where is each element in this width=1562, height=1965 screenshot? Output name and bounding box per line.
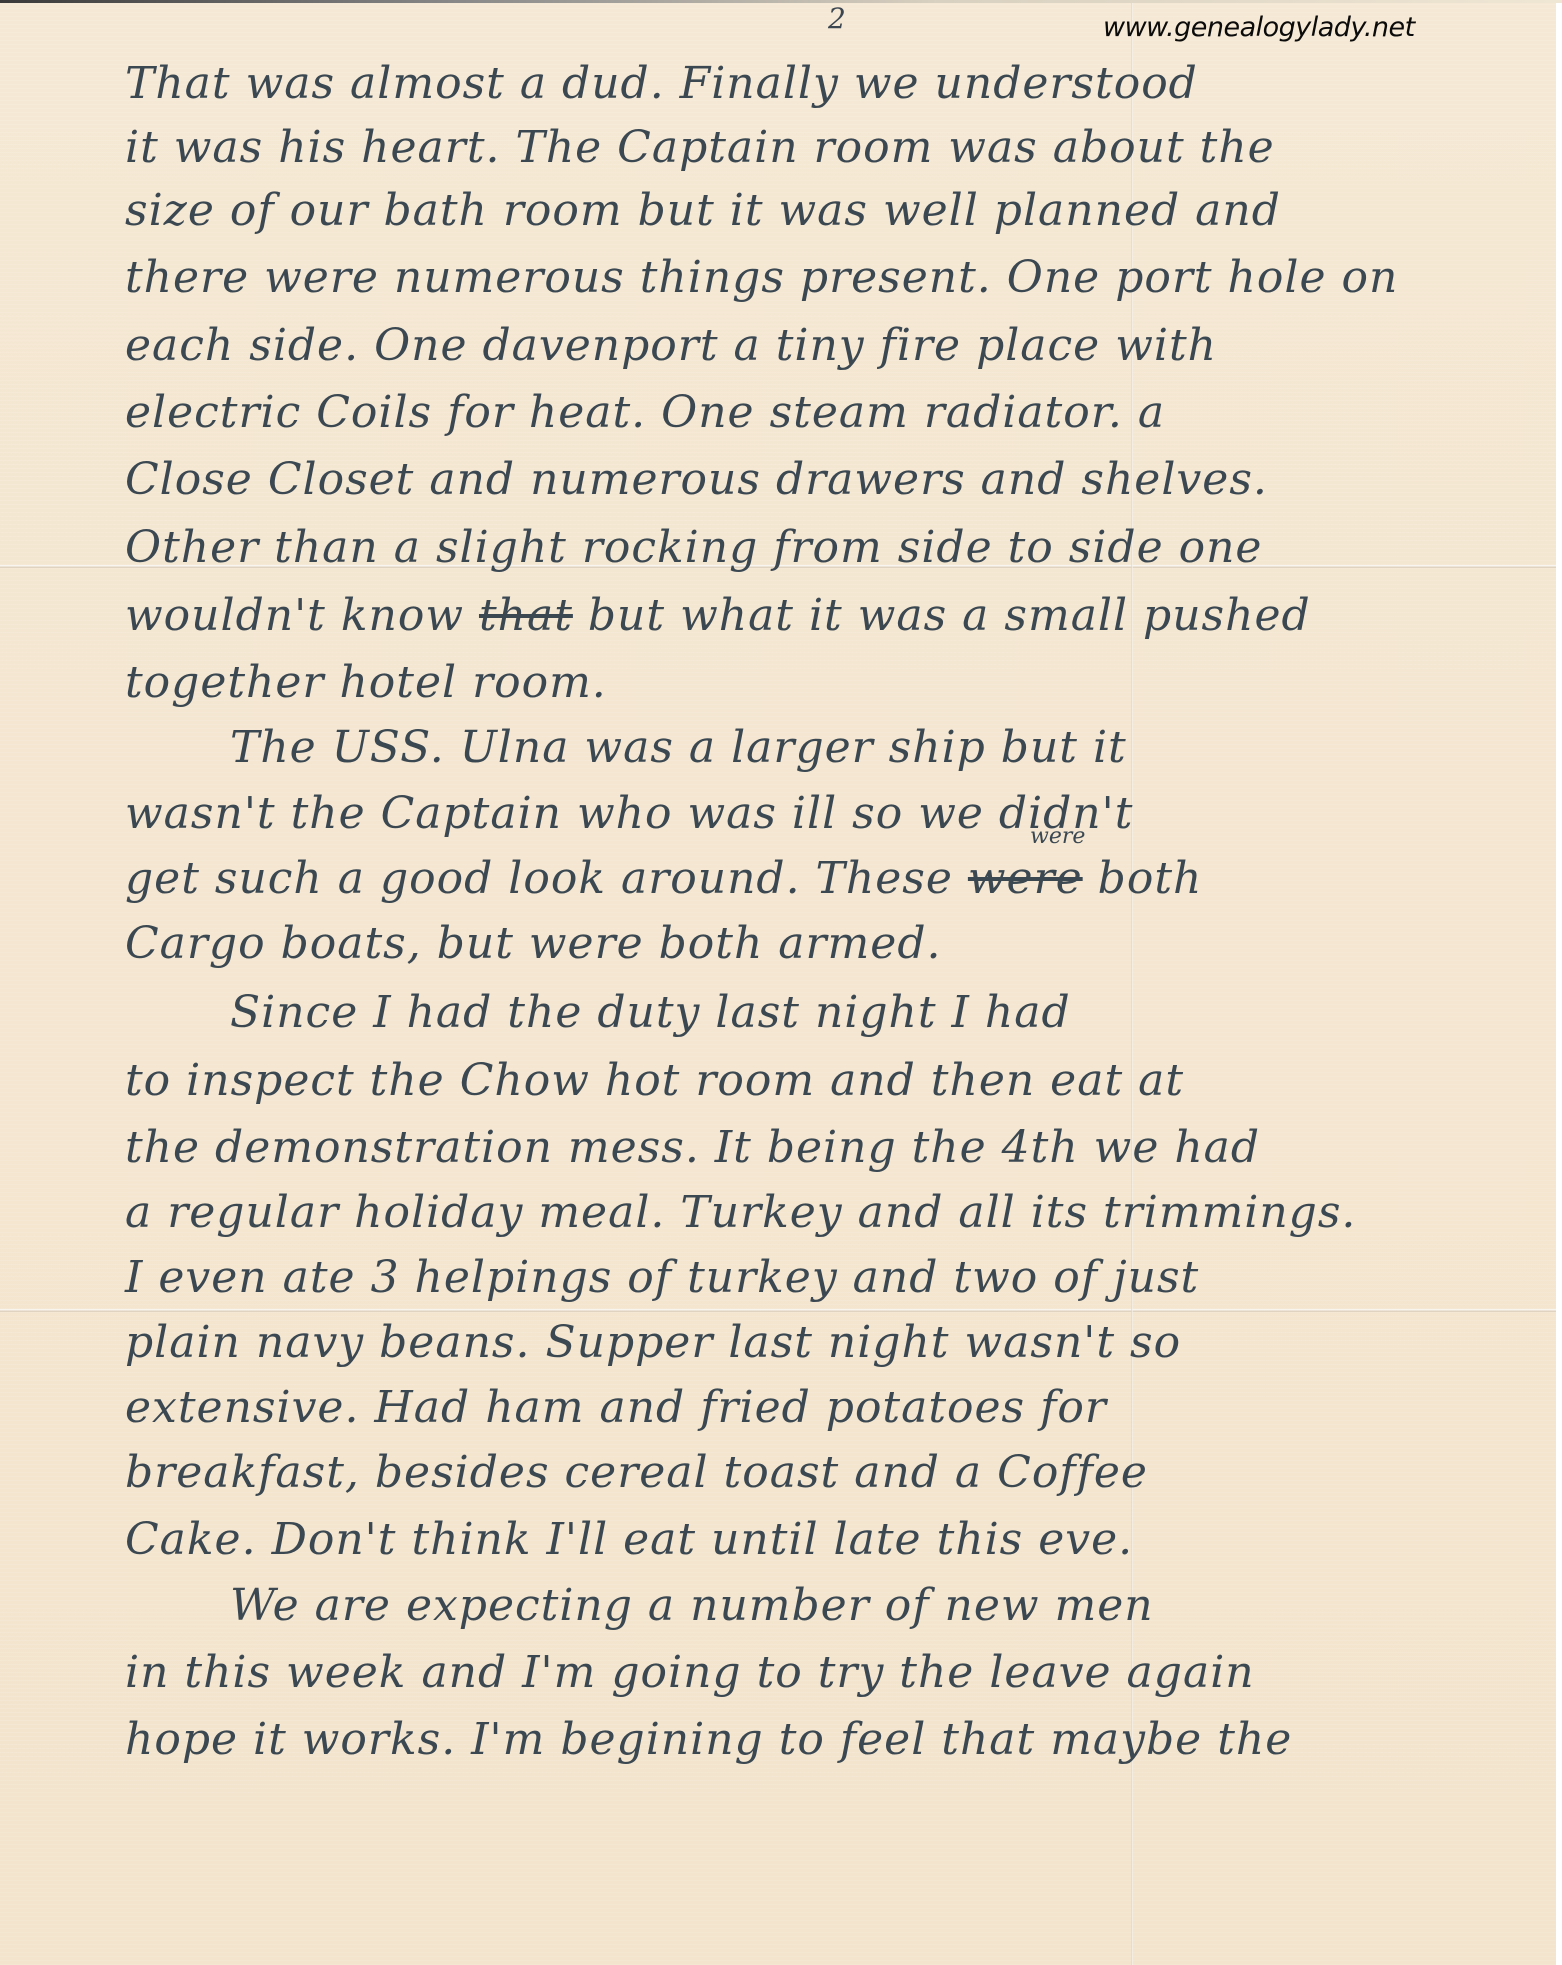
text-line: wasn't the Captain who was ill so we did…: [125, 788, 1133, 839]
letter-paper: 2 www.genealogylady.net That was almost …: [0, 2, 1556, 1965]
text-line: Cake. Don't think I'll eat until late th…: [125, 1514, 1133, 1565]
text-line: breakfast, besides cereal toast and a Co…: [125, 1447, 1148, 1498]
struck-word: that: [479, 590, 573, 641]
text-line: each side. One davenport a tiny fire pla…: [125, 320, 1217, 371]
text-line: Cargo boats, but were both armed.: [125, 918, 941, 969]
fold-crease: [0, 1309, 1556, 1312]
text-line: Since I had the duty last night I had: [230, 987, 1071, 1038]
inserted-word: were: [1030, 824, 1085, 849]
text-line: in this week and I'm going to try the le…: [125, 1647, 1255, 1698]
line-text: both: [1083, 853, 1203, 904]
text-line: get such a good look around. These were …: [125, 853, 1202, 904]
line-text: wouldn't know: [125, 590, 479, 641]
text-line: there were numerous things present. One …: [125, 252, 1398, 303]
text-line: a regular holiday meal. Turkey and all i…: [125, 1187, 1356, 1238]
text-line: to inspect the Chow hot room and then ea…: [125, 1055, 1184, 1106]
text-line: We are expecting a number of new men: [230, 1580, 1154, 1631]
line-text: but what it was a small pushed: [573, 590, 1311, 641]
text-line: That was almost a dud. Finally we unders…: [125, 58, 1198, 109]
text-line: wouldn't know that but what it was a sma…: [125, 590, 1311, 641]
line-text: get such a good look around. These: [125, 853, 968, 904]
watermark: www.genealogylady.net: [1103, 12, 1415, 43]
text-line: extensive. Had ham and fried potatoes fo…: [125, 1382, 1107, 1433]
text-line: together hotel room.: [125, 657, 607, 708]
text-line: The USS. Ulna was a larger ship but it: [230, 722, 1127, 773]
text-line: the demonstration mess. It being the 4th…: [125, 1122, 1260, 1173]
text-line: size of our bath room but it was well pl…: [125, 185, 1281, 236]
text-line: Close Closet and numerous drawers and sh…: [125, 454, 1268, 505]
text-line: it was his heart. The Captain room was a…: [125, 122, 1275, 173]
scan-edge: [0, 0, 1562, 3]
text-line: I even ate 3 helpings of turkey and two …: [125, 1252, 1199, 1303]
text-line: plain navy beans. Supper last night wasn…: [125, 1317, 1181, 1368]
text-line: hope it works. I'm begining to feel that…: [125, 1714, 1292, 1765]
page-number: 2: [828, 2, 846, 35]
text-line: electric Coils for heat. One steam radia…: [125, 387, 1165, 438]
text-line: Other than a slight rocking from side to…: [125, 522, 1262, 573]
struck-word: were: [968, 853, 1083, 904]
